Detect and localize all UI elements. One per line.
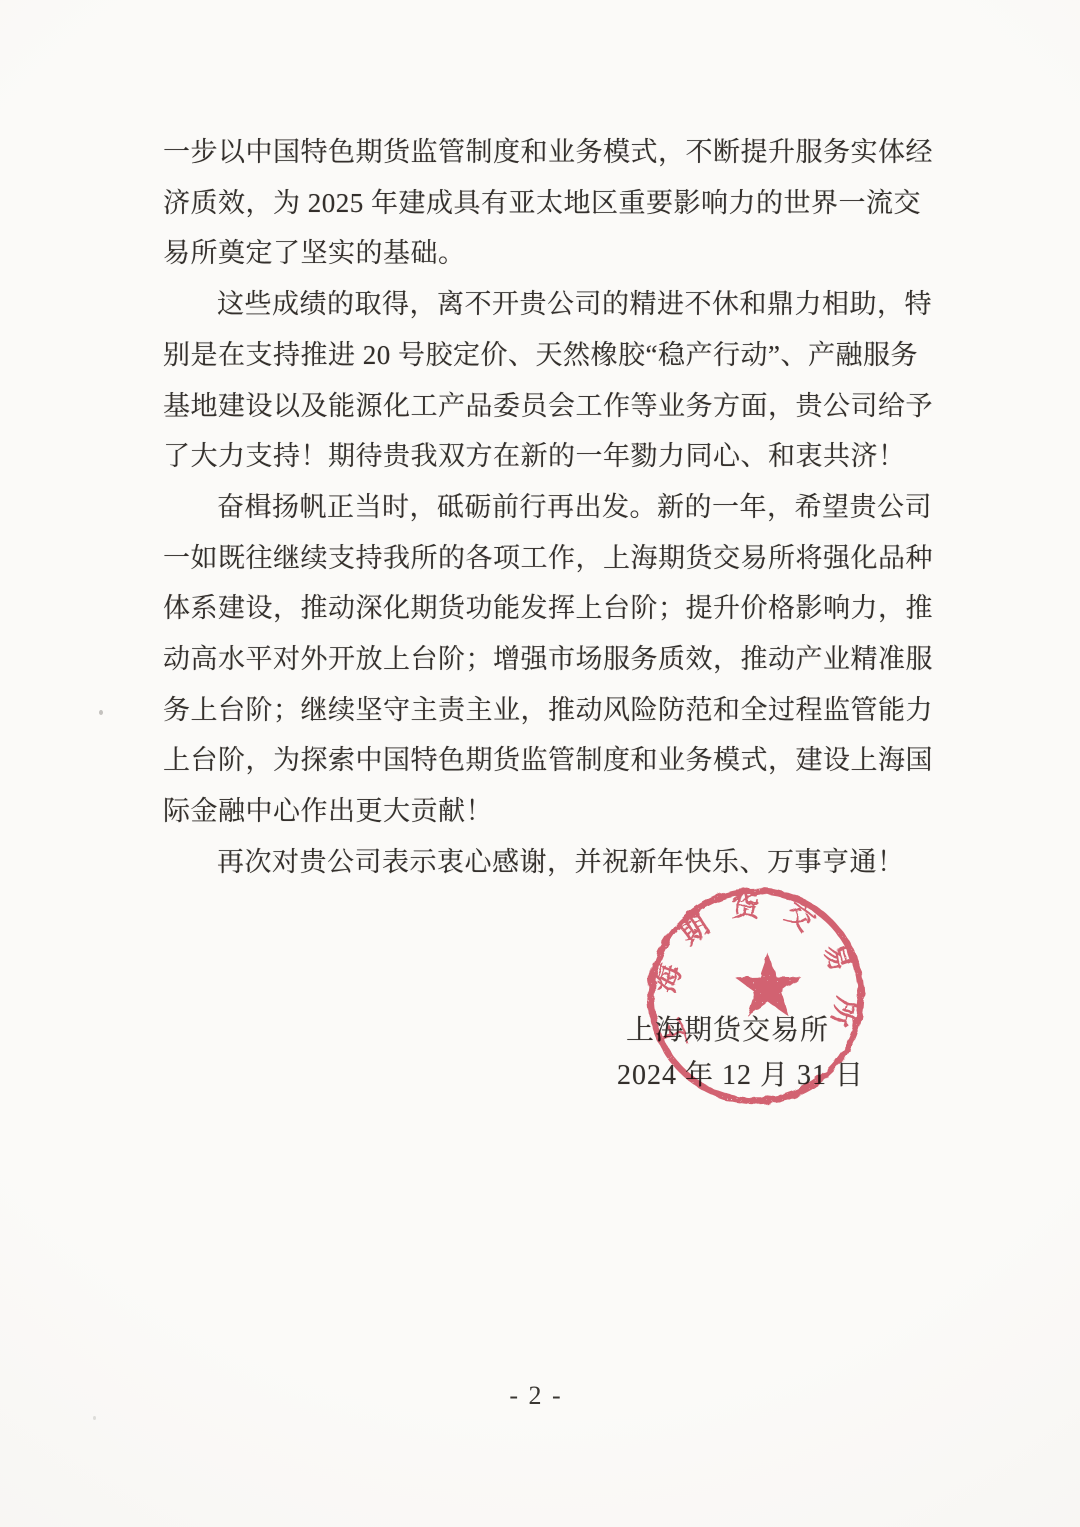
letter-line: 动高水平对外开放上台阶；增强市场服务质效，推动产业精准服 [163,634,911,685]
letter-line: 了大力支持！期待贵我双方在新的一年勠力同心、和衷共济！ [163,431,911,482]
letter-line: 这些成绩的取得，离不开贵公司的精进不休和鼎力相助，特 [163,279,911,330]
paragraph: 这些成绩的取得，离不开贵公司的精进不休和鼎力相助，特 别是在支持推进 20 号胶… [163,279,911,482]
seal-ring-text: 上海期货交易所 [648,891,863,1052]
star-icon [735,953,802,1016]
letter-line: 别是在支持推进 20 号胶定价、天然橡胶“稳产行动”、产融服务 [163,330,911,381]
letter-page: 一步以中国特色期货监管制度和业务模式，不断提升服务实体经 济质效，为 2025 … [0,0,1080,1527]
letter-line: 基地建设以及能源化工产品委员会工作等业务方面，贵公司给予 [163,381,911,432]
letter-line: 再次对贵公司表示衷心感谢，并祝新年快乐、万事亨通！ [163,837,911,888]
letter-line: 际金融中心作出更大贡献！ [163,786,911,837]
official-seal: 上海期货交易所 [642,884,872,1114]
paragraph: 奋楫扬帆正当时，砥砺前行再出发。新的一年，希望贵公司 一如既往继续支持我所的各项… [163,482,911,837]
letter-line: 上台阶，为探索中国特色期货监管制度和业务模式，建设上海国 [163,735,911,786]
letter-line: 一如既往继续支持我所的各项工作，上海期货交易所将强化品种 [163,533,911,584]
letter-body: 一步以中国特色期货监管制度和业务模式，不断提升服务实体经 济质效，为 2025 … [163,127,911,888]
letter-line: 奋楫扬帆正当时，砥砺前行再出发。新的一年，希望贵公司 [163,482,911,533]
letter-line: 一步以中国特色期货监管制度和业务模式，不断提升服务实体经 [163,127,911,178]
letter-line: 济质效，为 2025 年建成具有亚太地区重要影响力的世界一流交 [163,178,911,229]
scan-speck [99,710,103,715]
letter-line: 体系建设，推动深化期货功能发挥上台阶；提升价格影响力，推 [163,583,911,634]
page-number: - 2 - [0,1381,1072,1411]
scan-speck [93,1416,96,1420]
paragraph: 再次对贵公司表示衷心感谢，并祝新年快乐、万事亨通！ [163,837,911,888]
letter-line: 易所奠定了坚实的基础。 [163,228,911,279]
paragraph: 一步以中国特色期货监管制度和业务模式，不断提升服务实体经 济质效，为 2025 … [163,127,911,279]
letter-line: 务上台阶；继续坚守主责主业，推动风险防范和全过程监管能力 [163,685,911,736]
